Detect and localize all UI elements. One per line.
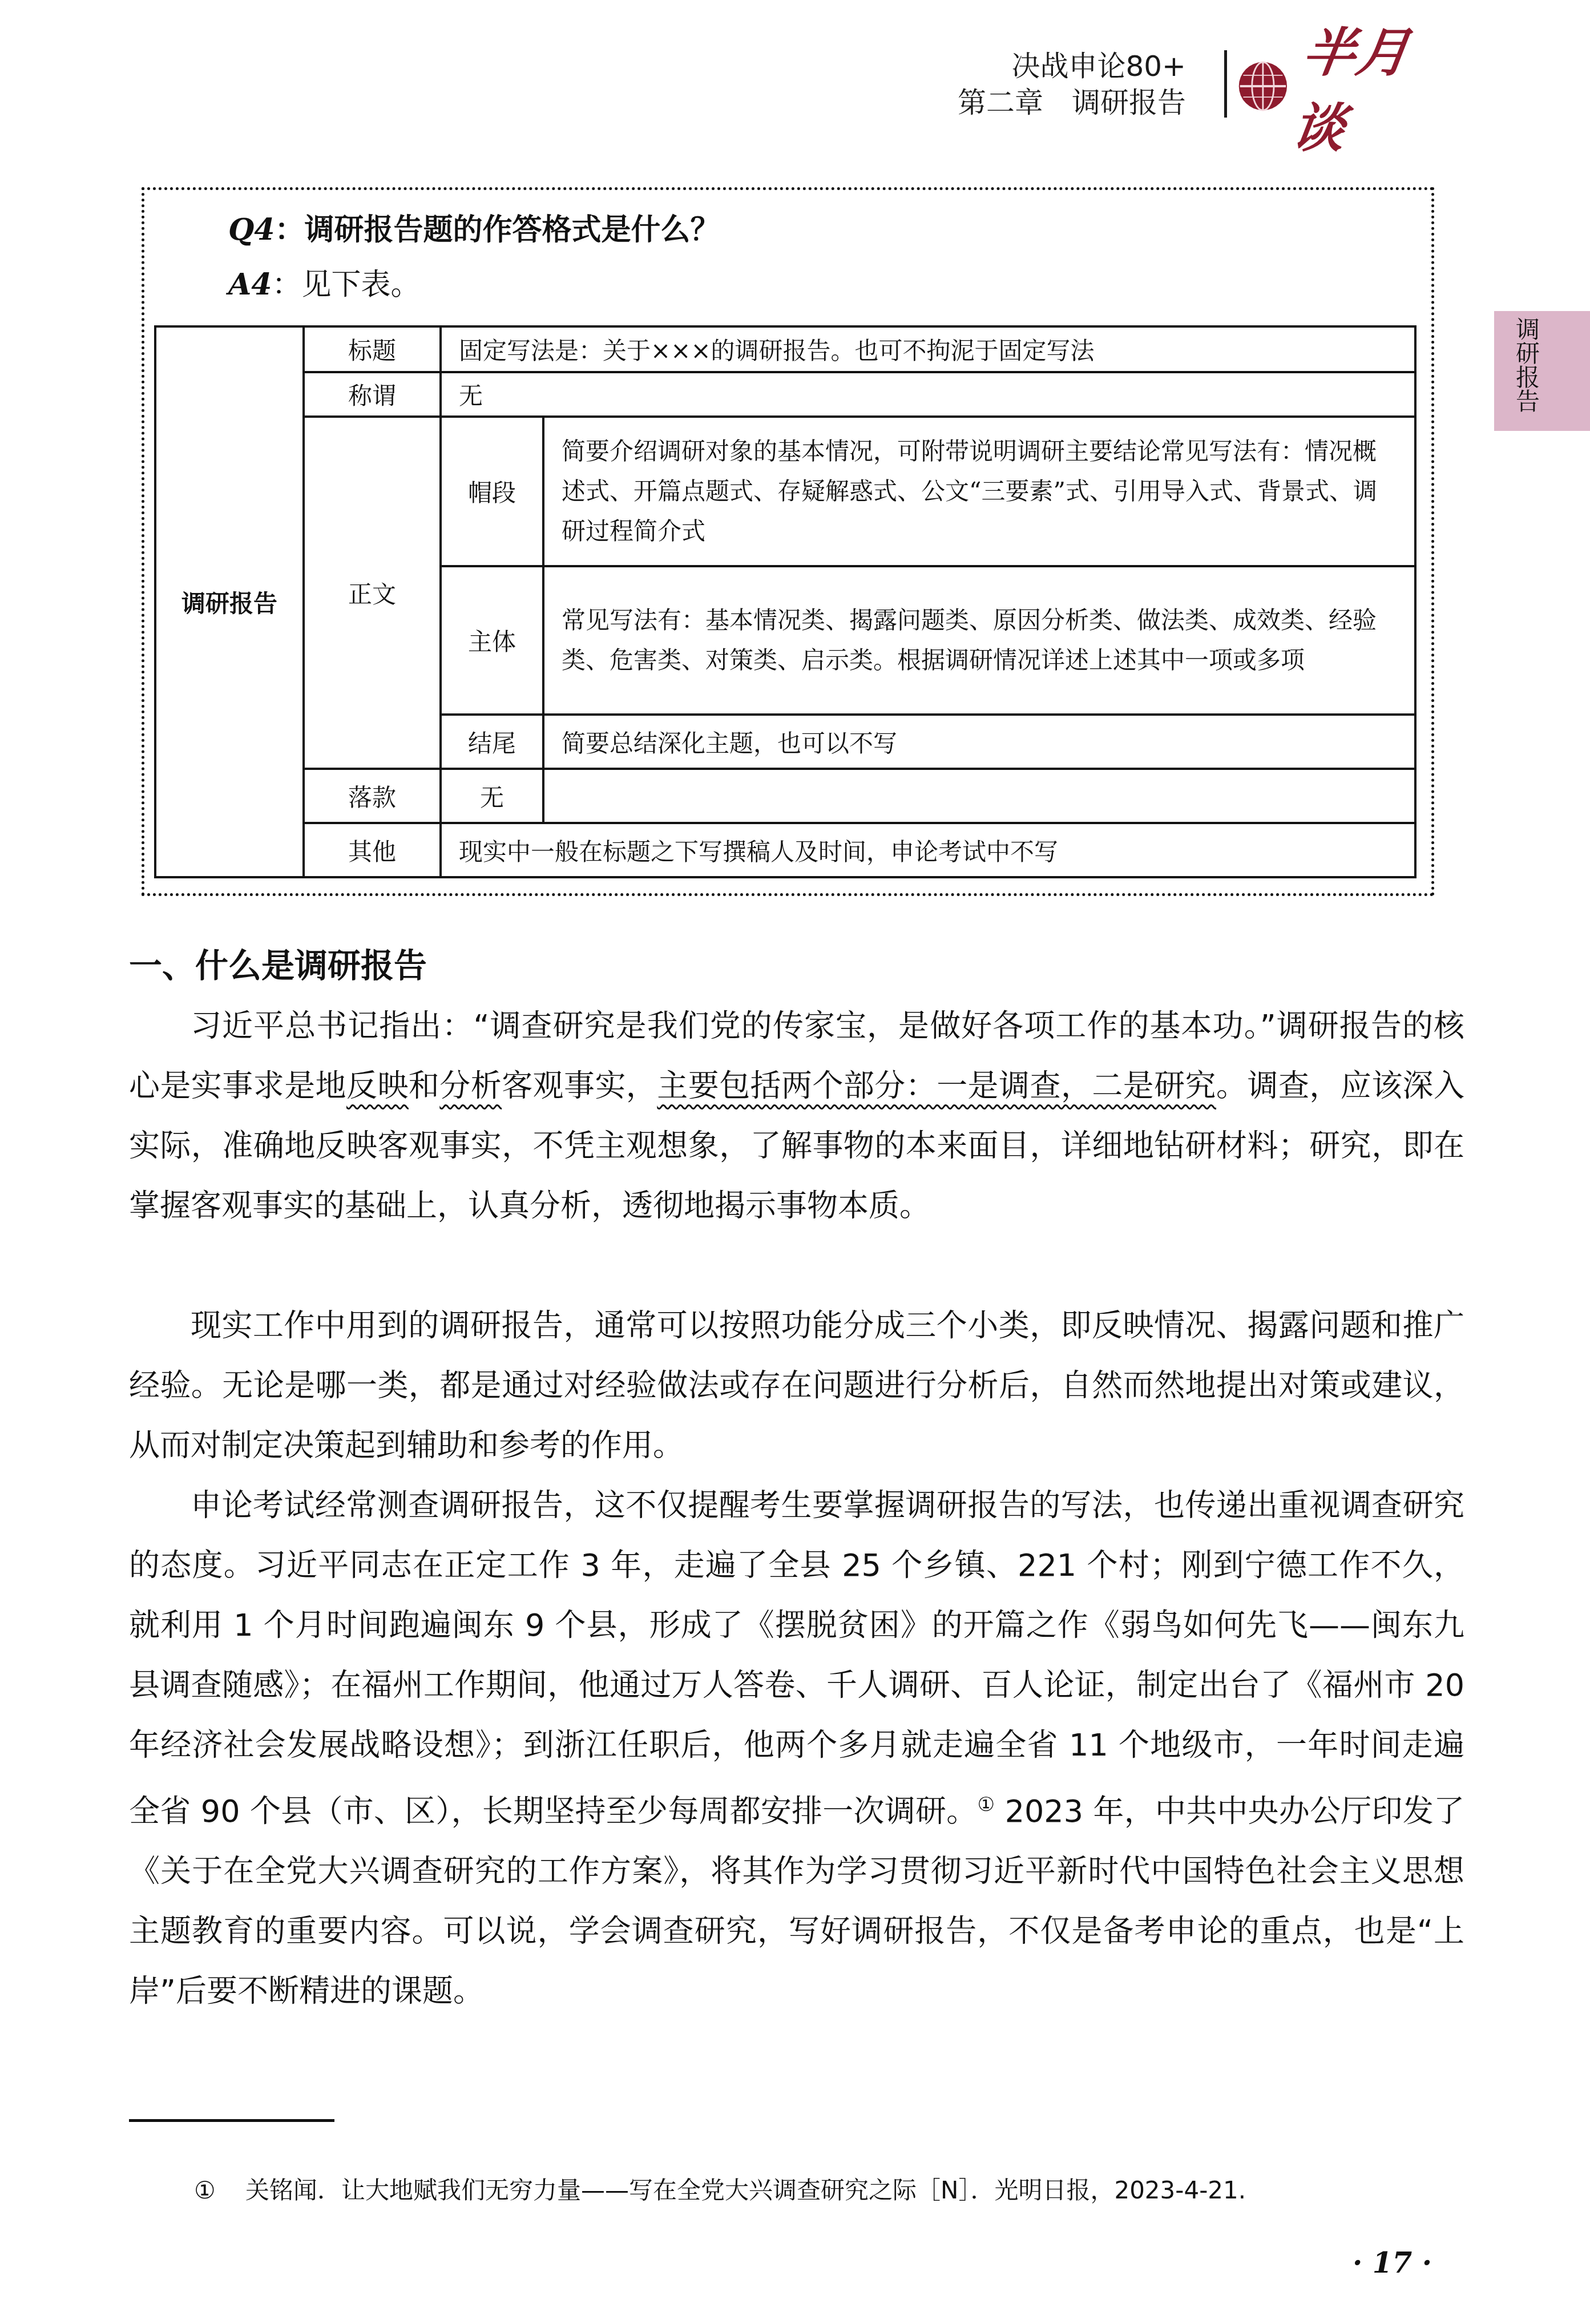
publisher-logo: 半月谈 <box>1236 55 1452 118</box>
question-key: Q4 <box>228 212 275 247</box>
globe-icon <box>1236 58 1290 115</box>
paragraph-3: 申论考试经常测查调研报告，这不仅提醒考生要掌握调研报告的写法，也传递出重视调查研… <box>129 1475 1464 2021</box>
table-row: 称谓 无 <box>155 372 1415 417</box>
footnote-divider <box>129 2119 334 2122</box>
footnote-mark: ① <box>194 2176 245 2204</box>
text-run: 客观事实， <box>502 1068 657 1104</box>
row-content: 现实中一般在标题之下写撰稿人及时间，申论考试中不写 <box>441 823 1415 877</box>
row-label: 标题 <box>304 326 441 372</box>
answer-key: A4 <box>228 267 272 302</box>
table-row: 其他 现实中一般在标题之下写撰稿人及时间，申论考试中不写 <box>155 823 1415 877</box>
question-text: ：调研报告题的作答格式是什么？ <box>275 213 720 247</box>
book-title: 决战申论80+ <box>958 48 1186 84</box>
row-label: 称谓 <box>304 372 441 417</box>
row-content: 固定写法是：关于×××的调研报告。也可不拘泥于固定写法 <box>441 326 1415 372</box>
sub-content: 简要总结深化主题，也可以不写 <box>543 715 1415 769</box>
question: Q4：调研报告题的作答格式是什么？ <box>228 205 720 248</box>
row-label: 正文 <box>304 417 441 769</box>
root-label-cell: 调研报告 <box>155 326 304 877</box>
header-divider <box>1224 50 1227 118</box>
emphasis-reflect: 反映 <box>346 1068 409 1104</box>
table-row: 落款 无 <box>155 769 1415 823</box>
row-label: 其他 <box>304 823 441 877</box>
paragraph-1: 习近平总书记指出：“调查研究是我们党的传家宝，是做好各项工作的基本功。”调研报告… <box>129 996 1464 1236</box>
logo-text: 半月谈 <box>1288 11 1463 162</box>
emphasis-two-parts: 主要包括两个部分：一是调查，二是研究 <box>657 1068 1216 1104</box>
row-label: 落款 <box>304 769 441 823</box>
empty-cell <box>543 769 1415 823</box>
footnote-text: 关铭闻．让大地赋我们无穷力量——写在全党大兴调查研究之际［N］．光明日报，202… <box>245 2176 1246 2204</box>
sub-label: 帽段 <box>441 417 543 566</box>
page-number: · 17 · <box>1353 2246 1432 2279</box>
side-tab-label: 调研报告 <box>1511 317 1540 413</box>
sub-content: 常见写法有：基本情况类、揭露问题类、原因分析类、做法类、成效类、经验类、危害类、… <box>543 566 1415 715</box>
footnote-ref[interactable]: ① <box>978 1793 995 1816</box>
running-header: 决战申论80+ 第二章 调研报告 <box>958 48 1186 121</box>
sub-label: 主体 <box>441 566 543 715</box>
paragraph-2: 现实工作中用到的调研报告，通常可以按照功能分成三个小类，即反映情况、揭露问题和推… <box>129 1296 1464 1475</box>
report-format-table: 调研报告 标题 固定写法是：关于×××的调研报告。也可不拘泥于固定写法 称谓 无… <box>154 325 1417 878</box>
section-heading: 一、什么是调研报告 <box>129 939 427 987</box>
answer: A4：见下表。 <box>228 260 421 303</box>
answer-text: ：见下表。 <box>272 268 421 302</box>
chapter-title: 第二章 调研报告 <box>958 84 1186 121</box>
chapter-side-tab: 调研报告 <box>1494 311 1590 431</box>
text-run: 和 <box>409 1068 439 1104</box>
emphasis-analyze: 分析 <box>439 1068 502 1104</box>
row-content: 无 <box>441 372 1415 417</box>
sub-label: 结尾 <box>441 715 543 769</box>
row-content: 无 <box>441 769 543 823</box>
table-row: 调研报告 标题 固定写法是：关于×××的调研报告。也可不拘泥于固定写法 <box>155 326 1415 372</box>
text-run: 申论考试经常测查调研报告，这不仅提醒考生要掌握调研报告的写法，也传递出重视调查研… <box>129 1487 1464 1829</box>
footnote: ①关铭闻．让大地赋我们无穷力量——写在全党大兴调查研究之际［N］．光明日报，20… <box>194 2172 1246 2206</box>
sub-content: 简要介绍调研对象的基本情况，可附带说明调研主要结论常见写法有：情况概述式、开篇点… <box>543 417 1415 566</box>
table-row: 正文 帽段 简要介绍调研对象的基本情况，可附带说明调研主要结论常见写法有：情况概… <box>155 417 1415 566</box>
